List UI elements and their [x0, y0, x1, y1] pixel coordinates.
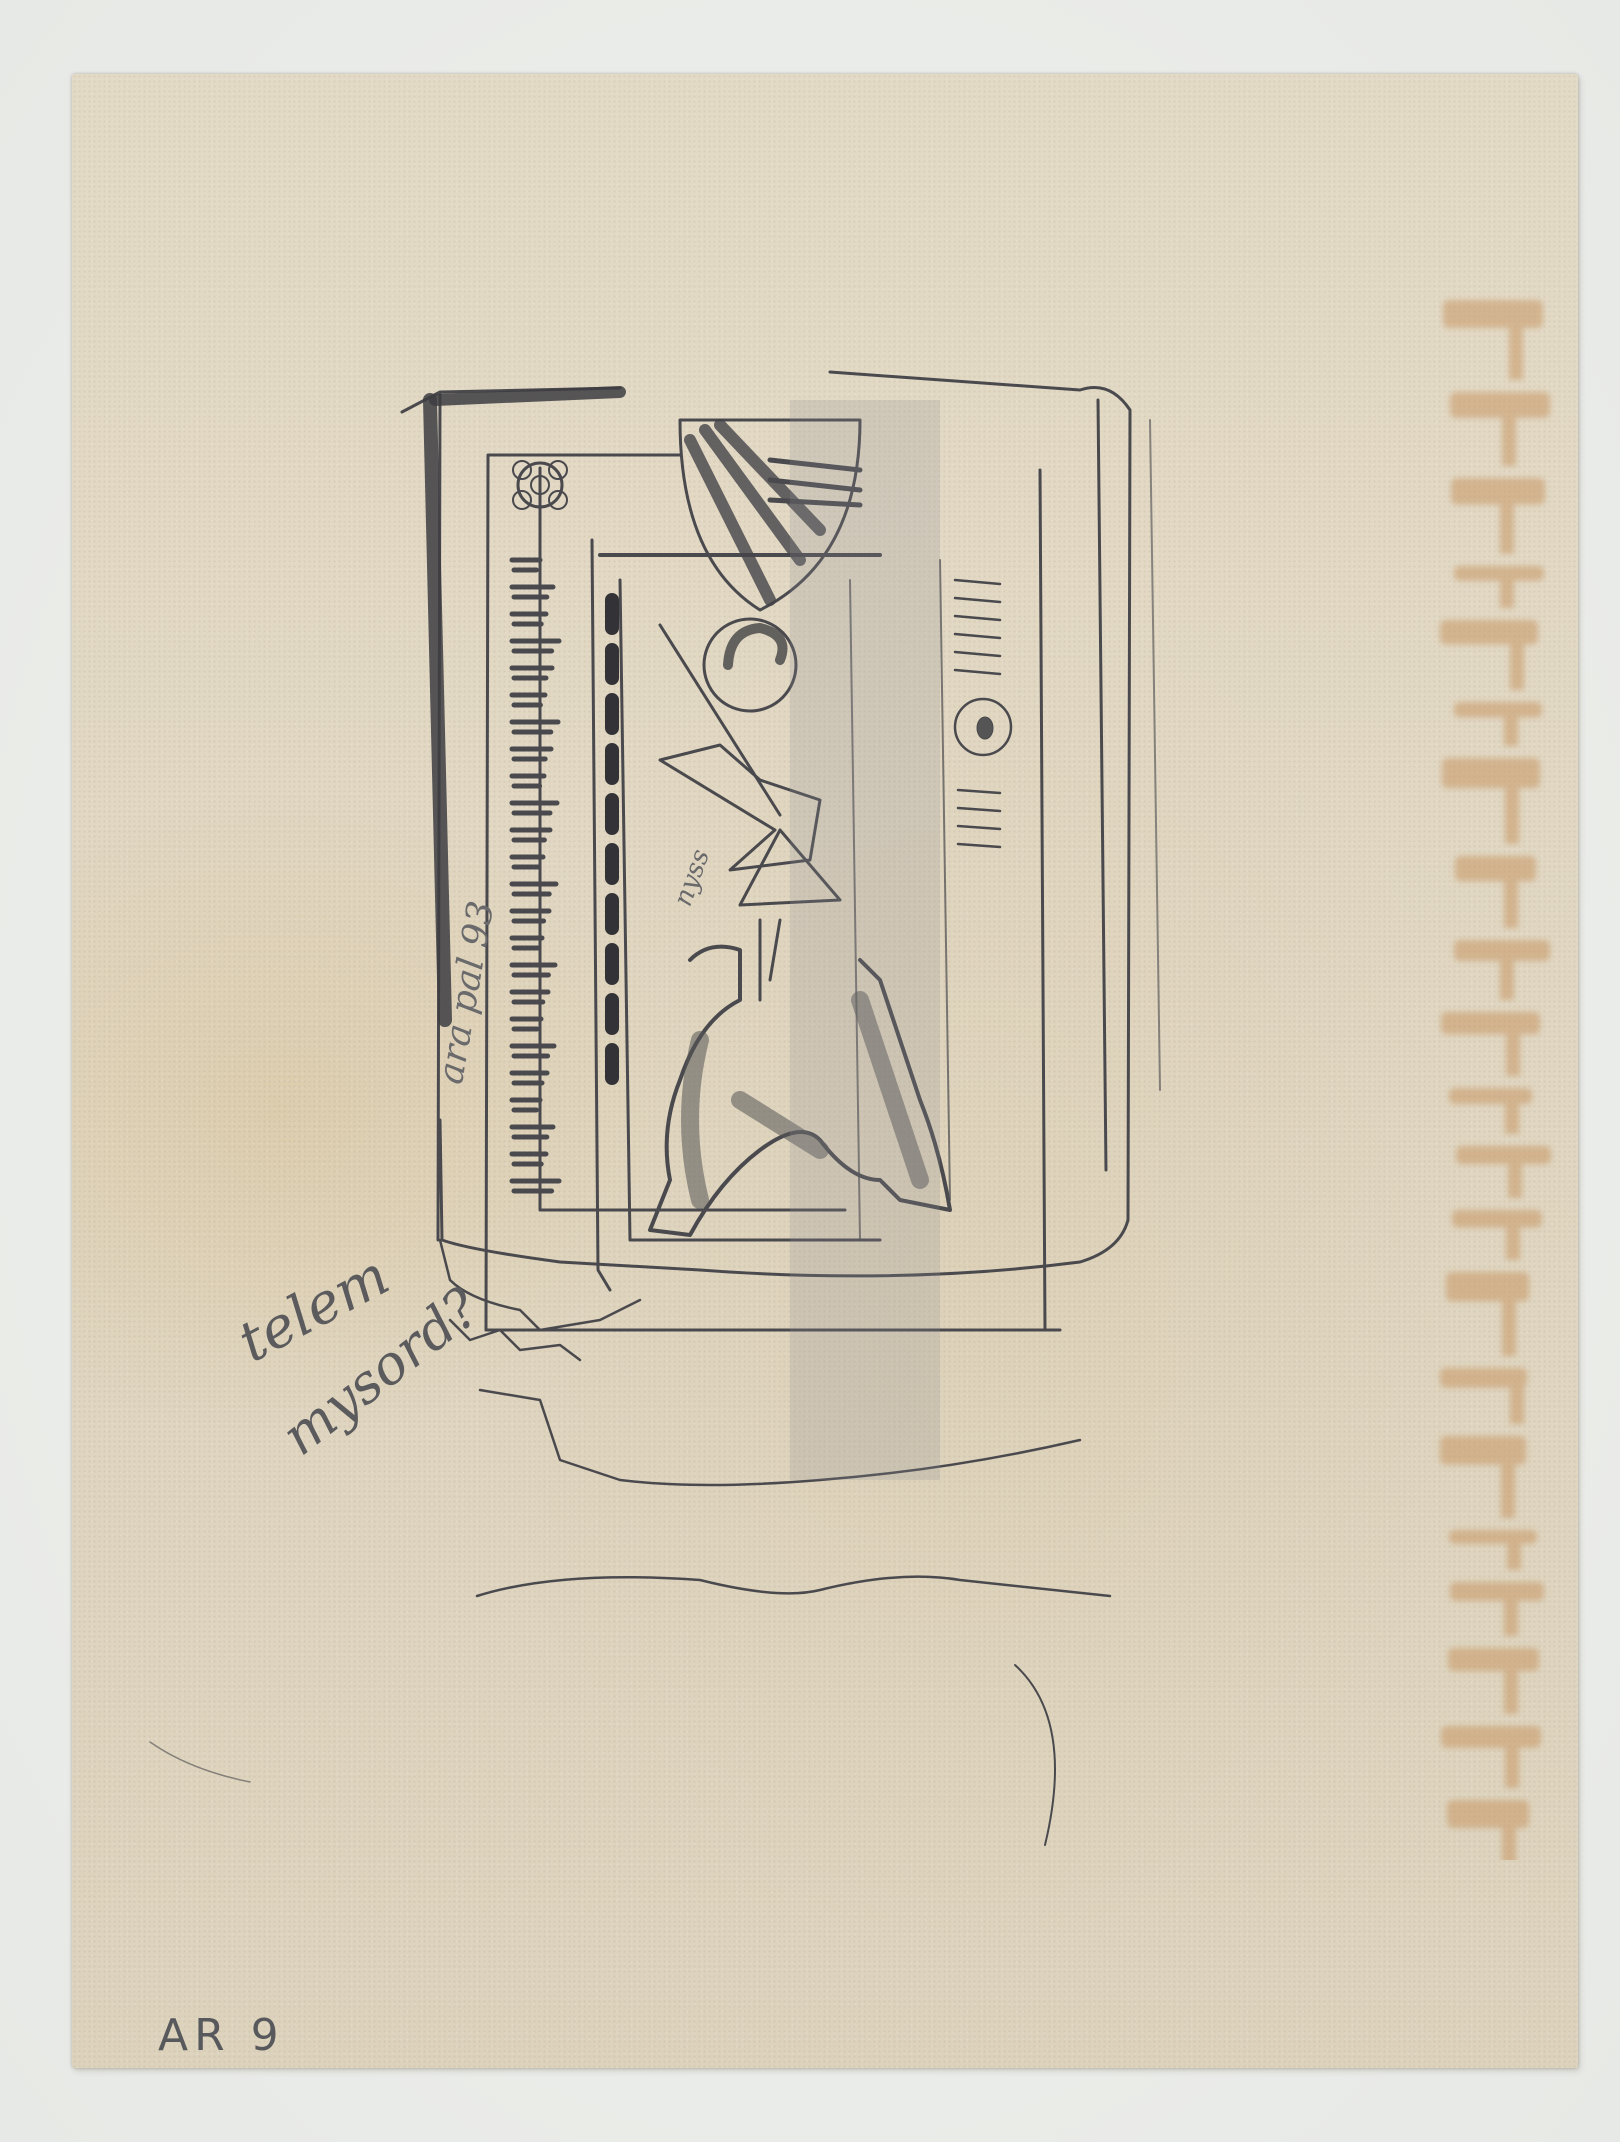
lance	[660, 625, 780, 815]
loose-arc-right	[1015, 1665, 1055, 1845]
rosette-right	[955, 699, 1011, 755]
inner-frame	[486, 455, 1060, 1330]
base-line	[477, 1577, 1110, 1596]
inscription-strokes	[512, 560, 559, 1191]
loose-arc-left	[150, 1742, 250, 1782]
inventory-mark: AR 9	[158, 2010, 285, 2061]
outer-frame-dark-left	[430, 400, 445, 1020]
pencil-drawing	[0, 0, 1620, 2142]
graphite-shading	[790, 400, 940, 1480]
